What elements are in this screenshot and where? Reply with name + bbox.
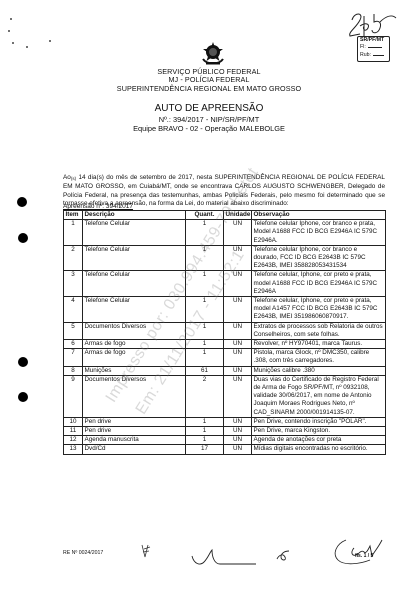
cell-unidade: UN — [224, 445, 252, 454]
cell-item: 7 — [64, 349, 83, 366]
cell-item: 10 — [64, 417, 83, 426]
cell-observacao: Munições calibre .380 — [252, 366, 386, 375]
cell-descricao: Pen drive — [83, 417, 186, 426]
cell-observacao: Extratos de processos sob Relatoria de o… — [252, 322, 386, 339]
punch-hole — [18, 357, 28, 367]
cell-quant: 1 — [186, 427, 224, 436]
cell-descricao: Documentos Diversos — [83, 322, 186, 339]
initials-signature — [140, 543, 152, 559]
cell-observacao: Pistola, marca Glock, nº DMC350, calibre… — [252, 349, 386, 366]
cell-unidade: UN — [224, 366, 252, 375]
cell-unidade: UN — [224, 349, 252, 366]
cell-unidade: UN — [224, 427, 252, 436]
re-number: RE Nº 0024/2017 — [63, 550, 103, 556]
team-line: Equipe BRAVO - 02 - Operação MALEBOLGE — [0, 124, 418, 133]
header-line-3: SUPERINTENDÊNCIA REGIONAL EM MATO GROSSO — [0, 84, 418, 93]
cell-observacao: Pen Drive, marca Kingston. — [252, 427, 386, 436]
table-row: 5 Documentos Diversos 1 UN Extratos de p… — [64, 322, 386, 339]
table-row: 13 Dvd/Cd 17 UN Mídias digitais encontra… — [64, 445, 386, 454]
document-number: Nº.: 394/2017 - NIP/SR/PF/MT — [0, 115, 418, 124]
cell-quant: 1 — [186, 349, 224, 366]
cell-quant: 1 — [186, 436, 224, 445]
witness-initials-signature — [275, 549, 291, 563]
cell-quant: 2 — [186, 375, 224, 417]
cell-descricao: Agenda manuscrita — [83, 436, 186, 445]
punch-hole — [18, 233, 28, 243]
header-observacao: Observação — [252, 211, 386, 220]
stamp-fl: Fl: — [360, 44, 389, 51]
cell-quant: 1 — [186, 417, 224, 426]
cell-item: 3 — [64, 271, 83, 297]
cell-observacao: Revolver, nº HY970401, marca Taurus. — [252, 340, 386, 349]
scan-speck — [10, 18, 12, 20]
scan-speck — [12, 42, 14, 44]
cell-item: 11 — [64, 427, 83, 436]
cell-observacao: Telefone celular, Iphone, cor preto e pr… — [252, 271, 386, 297]
cell-observacao: Duas vias do Certificado de Registro Fed… — [252, 375, 386, 417]
table-row: 12 Agenda manuscrita 1 UN Agenda de anot… — [64, 436, 386, 445]
table-row: 7 Armas de fogo 1 UN Pistola, marca Gloc… — [64, 349, 386, 366]
header-line-2: MJ - POLÍCIA FEDERAL — [0, 75, 418, 84]
header-item: Item — [64, 211, 83, 220]
cell-item: 12 — [64, 436, 83, 445]
cell-item: 4 — [64, 297, 83, 323]
cell-descricao: Pen drive — [83, 427, 186, 436]
paragraph-prefix: Ao — [63, 174, 71, 181]
cell-observacao: Pen Drive, contendo inscrição "POLAR". — [252, 417, 386, 426]
cell-item: 2 — [64, 245, 83, 271]
stamp-office: SR/PF/MT — [360, 37, 389, 44]
cell-item: 5 — [64, 322, 83, 339]
table-row: 6 Armas de fogo 1 UN Revolver, nº HY9704… — [64, 340, 386, 349]
stamp-rub-label: Rub: — [360, 52, 371, 58]
table-row: 8 Munições 61 UN Munições calibre .380 — [64, 366, 386, 375]
apreensao-label: Apreensão nº: 394/2017 — [63, 203, 133, 210]
cell-item: 8 — [64, 366, 83, 375]
cell-unidade: UN — [224, 417, 252, 426]
cell-observacao: Telefone celular, Iphone, cor preto e pr… — [252, 297, 386, 323]
scan-speck — [49, 40, 51, 42]
cell-observacao: Mídias digitais encontradas no escritóri… — [252, 445, 386, 454]
witness-signature — [190, 548, 260, 568]
punch-hole — [17, 197, 27, 207]
cell-unidade: UN — [224, 436, 252, 445]
table-row: 10 Pen drive 1 UN Pen Drive, contendo in… — [64, 417, 386, 426]
cell-observacao: Telefone celular Iphone, cor branco e do… — [252, 245, 386, 271]
brazil-coat-of-arms-icon — [200, 41, 226, 67]
seized-items-table: Item Descrição Quant. Unidade Observação… — [63, 210, 386, 455]
cell-item: 13 — [64, 445, 83, 454]
stamp-rub: Rub: — [360, 52, 389, 59]
table-row: 11 Pen drive 1 UN Pen Drive, marca Kings… — [64, 427, 386, 436]
page-stamp-box: SR/PF/MT Fl: Rub: — [357, 36, 390, 62]
cell-unidade: UN — [224, 297, 252, 323]
cell-item: 9 — [64, 375, 83, 417]
cell-descricao: Dvd/Cd — [83, 445, 186, 454]
cell-item: 1 — [64, 220, 83, 246]
cell-unidade: UN — [224, 375, 252, 417]
punch-hole — [18, 392, 28, 402]
cell-observacao: Telefone celular Iphone, cor branco e pr… — [252, 220, 386, 246]
cell-descricao: Telefone Celular — [83, 220, 186, 246]
header-descricao: Descrição — [83, 211, 186, 220]
cell-descricao: Telefone Celular — [83, 245, 186, 271]
cell-unidade: UN — [224, 340, 252, 349]
document-title: AUTO DE APREENSÃO — [0, 103, 418, 114]
scan-speck — [8, 30, 10, 32]
cell-unidade: UN — [224, 322, 252, 339]
stamp-fl-label: Fl: — [360, 44, 366, 50]
cell-item: 6 — [64, 340, 83, 349]
cell-quant: 61 — [186, 366, 224, 375]
cell-quant: 17 — [186, 445, 224, 454]
page-number: fls. 1 / 5 — [355, 553, 373, 559]
scan-speck — [26, 46, 28, 48]
table-row: 4 Telefone Celular 1 UN Telefone celular… — [64, 297, 386, 323]
cell-observacao: Agenda de anotações cor preta — [252, 436, 386, 445]
